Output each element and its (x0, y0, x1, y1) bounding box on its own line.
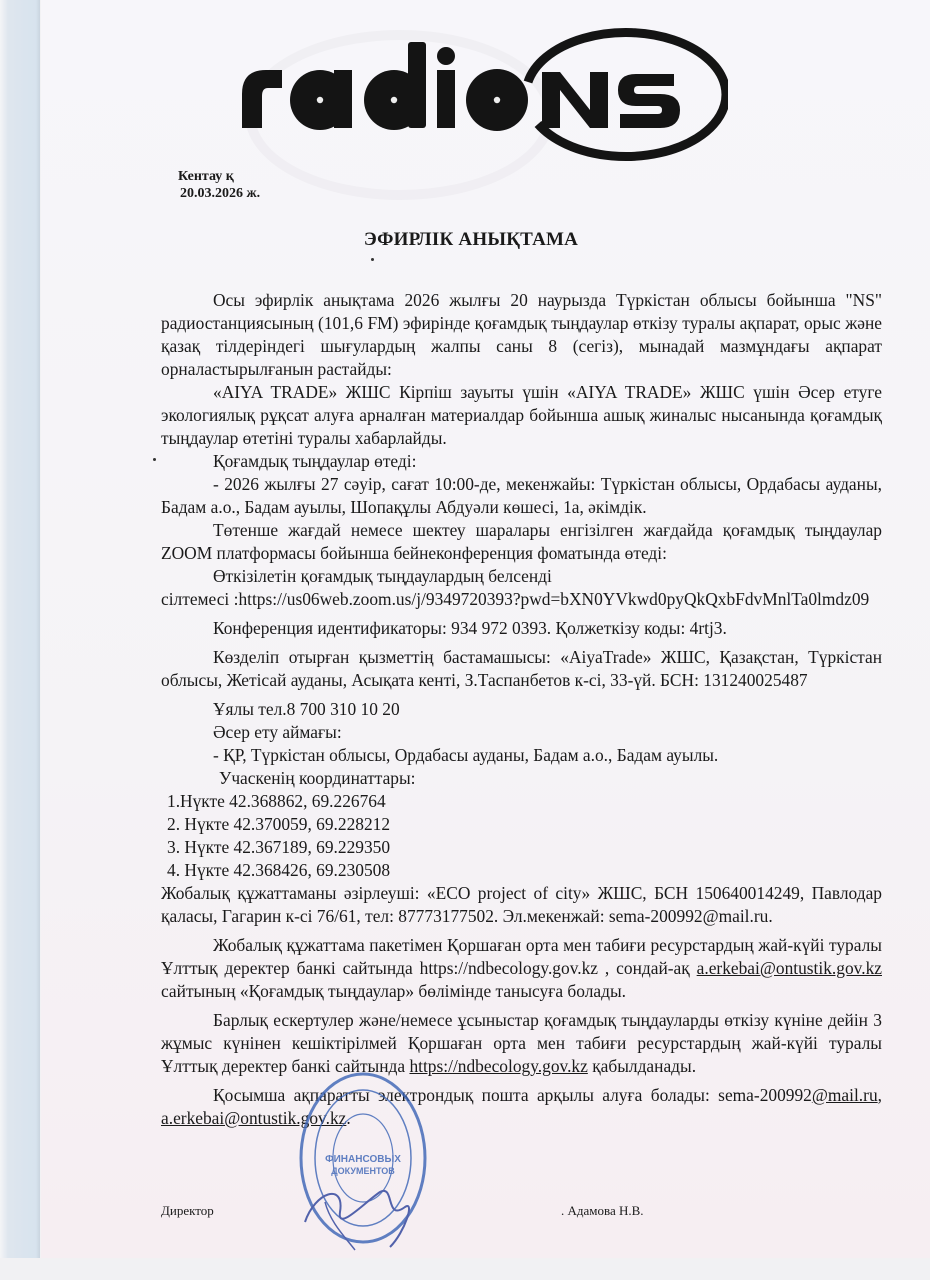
scan-bottom-band (0, 1258, 930, 1280)
scan-edge-strip (0, 0, 40, 1280)
mail-link[interactable]: @mail.ru (812, 1085, 878, 1105)
hearings-detail: - 2026 жылғы 27 сәуір, сағат 10:00-де, м… (161, 473, 882, 519)
zoom-link[interactable]: https://us06web.zoom.us/j/9349720393?pwd… (238, 589, 869, 609)
conference-id: Конференция идентификаторы: 934 972 0393… (161, 617, 882, 640)
scan-speck (153, 458, 156, 461)
link-label: Өткізілетін қоғамдық тыңдаулардың белсен… (161, 565, 882, 588)
review-text-suffix: сайтының «Қоғамдық тыңдаулар» бөлімінде … (161, 981, 626, 1001)
place-date-block: Кентау қ 20.03.2026 ж. (178, 168, 260, 202)
phone: Ұялы тел.8 700 310 10 20 (161, 698, 882, 721)
scan-speck (371, 258, 374, 261)
remarks-paragraph: Барлық ескертулер және/немесе ұсыныстар … (161, 1009, 882, 1078)
remarks-text-suffix: қабылданады. (588, 1056, 696, 1076)
link-label-2: сілтемесі : (161, 589, 238, 609)
review-paragraph: Жобалық құжаттама пакетімен Қоршаған орт… (161, 934, 882, 1003)
impact-zone-label: Әсер ету аймағы: (161, 721, 882, 744)
emergency-paragraph: Төтенше жағдай немесе шектеу шаралары ен… (161, 519, 882, 565)
coordinate-point: 2. Нүкте 42.370059, 69.228212 (167, 813, 882, 836)
extra-suffix: . (346, 1108, 350, 1128)
zoom-link-line: сілтемесі :https://us06web.zoom.us/j/934… (161, 588, 882, 611)
initiator-paragraph: Көзделіп отырған қызметтің бастамашысы: … (161, 646, 882, 692)
coordinates-label: Учаскенің координаттары: (161, 767, 882, 790)
hearings-label: Қоғамдық тыңдаулар өтеді: (161, 450, 882, 473)
date: 20.03.2026 ж. (178, 185, 260, 202)
extra-info-paragraph: Қосымша ақпаратты электрондық пошта арқы… (161, 1084, 882, 1130)
coordinate-point: 3. Нүкте 42.367189, 69.229350 (167, 836, 882, 859)
developer-paragraph: Жобалық құжаттаманы әзірлеуші: «ECO proj… (161, 882, 882, 928)
document-title: ЭФИРЛІК АНЫҚТАМА (0, 229, 930, 251)
signer-name: . Адамова Н.В. (561, 1203, 644, 1219)
extra-text: Қосымша ақпаратты электрондық пошта арқы… (213, 1085, 812, 1105)
radio-ns-logo (238, 16, 728, 166)
extra-sep: , (878, 1085, 882, 1105)
coordinates-list: 1.Нүкте 42.368862, 69.226764 2. Нүкте 42… (167, 790, 882, 882)
signer-role: Директор (161, 1203, 214, 1219)
ontustik-link[interactable]: a.erkebai@ontustik.gov.kz (161, 1108, 346, 1128)
intro-paragraph: Осы эфирлік анықтама 2026 жылғы 20 науры… (161, 289, 882, 381)
announcement-paragraph: «AIYA TRADE» ЖШС Кірпіш зауыты үшін «AIY… (161, 381, 882, 450)
coordinate-point: 4. Нүкте 42.368426, 69.230508 (167, 859, 882, 882)
coordinate-point: 1.Нүкте 42.368862, 69.226764 (167, 790, 882, 813)
review-link[interactable]: a.erkebai@ontustik.gov.kz (697, 958, 882, 978)
place: Кентау қ (178, 168, 260, 185)
impact-zone: - ҚР, Түркістан облысы, Ордабасы ауданы,… (161, 744, 882, 767)
document-body: Осы эфирлік анықтама 2026 жылғы 20 науры… (161, 289, 882, 1130)
ndbecology-link[interactable]: https://ndbecology.gov.kz (409, 1056, 587, 1076)
